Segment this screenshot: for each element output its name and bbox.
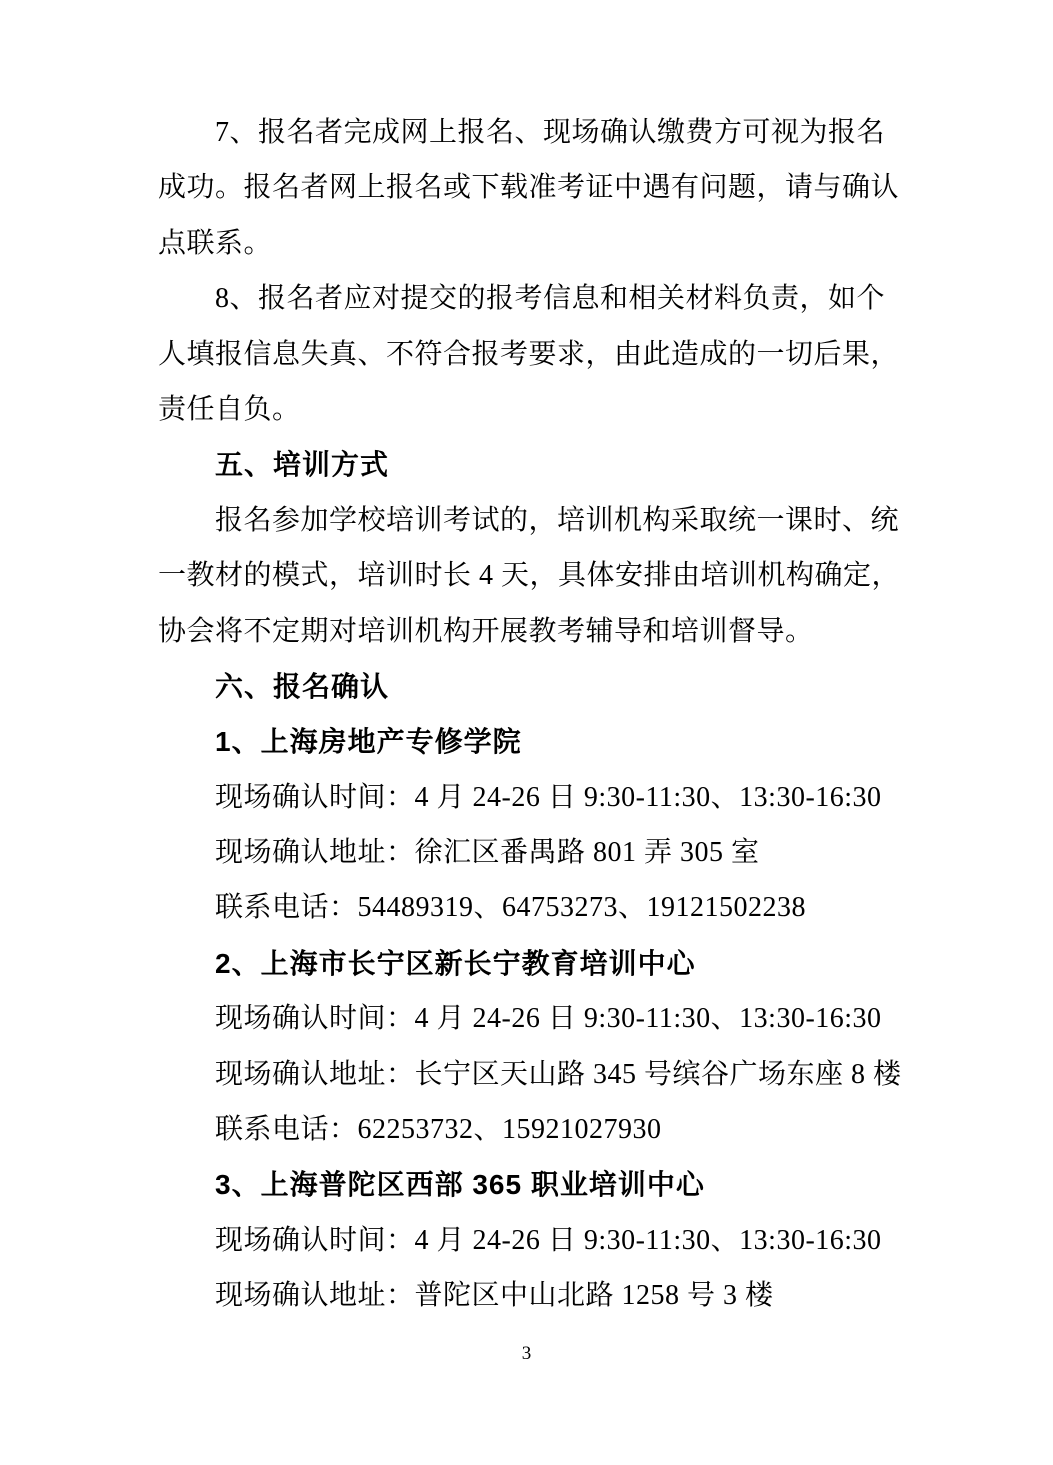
heading-line: 五、培训方式 — [158, 437, 906, 492]
document-page: 7、报名者完成网上报名、现场确认缴费方可视为报名成功。报名者网上报名或下载准考证… — [0, 0, 1053, 1465]
text-line: 成功。报名者网上报名或下载准考证中遇有问题，请与确认 — [158, 160, 906, 215]
document-body: 7、报名者完成网上报名、现场确认缴费方可视为报名成功。报名者网上报名或下载准考证… — [158, 105, 906, 1324]
text-line: 现场确认地址：长宁区天山路 345 号缤谷广场东座 8 楼 — [158, 1047, 906, 1102]
heading-line: 3、上海普陀区西部 365 职业培训中心 — [158, 1157, 906, 1212]
text-line: 点联系。 — [158, 216, 906, 271]
page-number-footer: 3 — [0, 1342, 1053, 1366]
heading-line: 2、上海市长宁区新长宁教育培训中心 — [158, 936, 906, 991]
text-line: 现场确认时间：4 月 24-26 日 9:30-11:30、13:30-16:3… — [158, 1213, 906, 1268]
text-line: 联系电话：62253732、15921027930 — [158, 1102, 906, 1157]
text-line: 责任自负。 — [158, 382, 906, 437]
text-line: 现场确认时间：4 月 24-26 日 9:30-11:30、13:30-16:3… — [158, 770, 906, 825]
text-line: 7、报名者完成网上报名、现场确认缴费方可视为报名 — [158, 105, 906, 160]
text-line: 8、报名者应对提交的报考信息和相关材料负责，如个 — [158, 271, 906, 326]
heading-line: 1、上海房地产专修学院 — [158, 714, 906, 769]
text-line: 人填报信息失真、不符合报考要求，由此造成的一切后果， — [158, 327, 906, 382]
text-line: 报名参加学校培训考试的，培训机构采取统一课时、统 — [158, 493, 906, 548]
text-line: 现场确认地址：普陀区中山北路 1258 号 3 楼 — [158, 1268, 906, 1323]
text-line: 协会将不定期对培训机构开展教考辅导和培训督导。 — [158, 604, 906, 659]
text-line: 现场确认时间：4 月 24-26 日 9:30-11:30、13:30-16:3… — [158, 991, 906, 1046]
text-line: 现场确认地址：徐汇区番禺路 801 弄 305 室 — [158, 825, 906, 880]
heading-line: 六、报名确认 — [158, 659, 906, 714]
text-line: 一教材的模式，培训时长 4 天，具体安排由培训机构确定， — [158, 548, 906, 603]
text-line: 联系电话：54489319、64753273、19121502238 — [158, 880, 906, 935]
